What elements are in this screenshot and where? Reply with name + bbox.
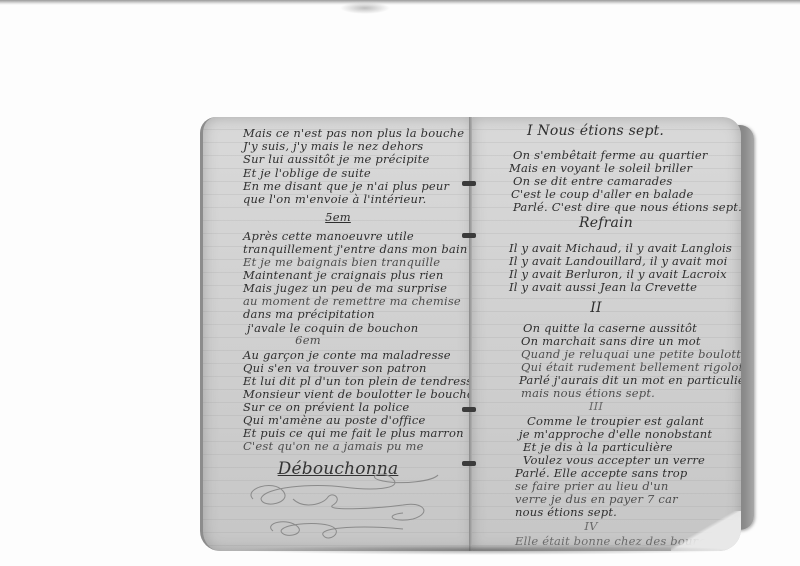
section-heading: II xyxy=(471,302,741,315)
right-page: I Nous étions sept. On s'embêtait ferme … xyxy=(471,117,741,551)
refrain-heading: Refrain xyxy=(471,217,741,230)
binding-staple xyxy=(462,461,476,466)
handwritten-line: dans ma précipitation xyxy=(203,308,473,321)
scan-top-edge xyxy=(0,0,800,5)
handwritten-line: Sur lui aussitôt je me précipite xyxy=(203,153,473,166)
section-marker: 5em xyxy=(203,211,473,224)
left-page: Mais ce n'est pas non plus la bouche J'y… xyxy=(200,117,473,551)
section-marker: 6em xyxy=(203,334,473,347)
page-shadow xyxy=(236,545,736,555)
binding-staple xyxy=(462,181,476,186)
handwritten-line: mais nous étions sept. xyxy=(471,387,741,400)
section-heading: III xyxy=(471,400,741,413)
scan-smudge xyxy=(340,2,390,14)
calligraphic-flourish-icon xyxy=(233,469,453,549)
binding-staple xyxy=(462,233,476,238)
handwritten-line: C'est qu'on ne a jamais pu me xyxy=(203,440,473,453)
song-title: I Nous étions sept. xyxy=(471,125,741,138)
handwritten-line: que l'on m'envoie à l'intérieur. xyxy=(203,193,473,206)
handwritten-line: Il y avait aussi Jean la Crevette xyxy=(471,281,741,294)
open-notebook: Mais ce n'est pas non plus la bouche J'y… xyxy=(196,115,756,555)
handwritten-line: Parlé. C'est dire que nous étions sept. xyxy=(471,201,741,214)
binding-staple xyxy=(462,407,476,412)
